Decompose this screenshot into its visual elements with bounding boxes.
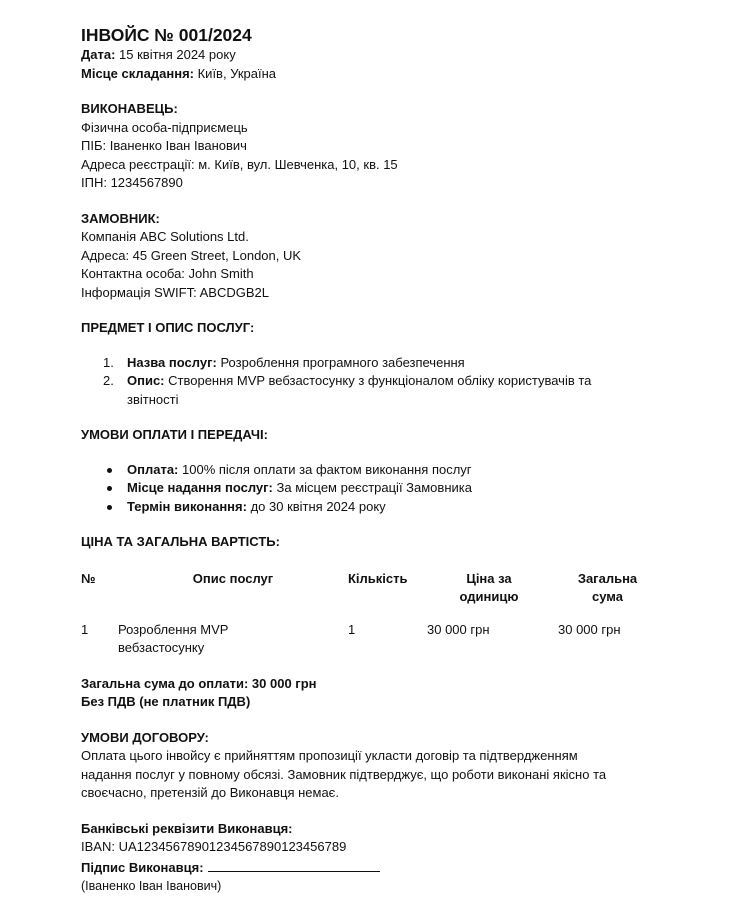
item-text: Створення MVP вебзастосунку з функціонал… (165, 373, 592, 388)
invoice-document: ІНВОЙС № 001/2024 Дата: 15 квітня 2024 р… (81, 24, 681, 896)
item-text-continued: звітності (127, 392, 178, 407)
bullet-icon (107, 486, 112, 491)
signature-row: Підпис Виконавця: (81, 857, 681, 878)
header-quantity: Кількість (348, 570, 426, 607)
item-text: 100% після оплати за фактом виконання по… (178, 462, 471, 477)
subject-list: 1. Назва послуг: Розроблення програмного… (103, 354, 681, 410)
iban: IBAN: UA12345678901234567890123456789 (81, 838, 681, 857)
price-heading: ЦІНА ТА ЗАГАЛЬНА ВАРТІСТЬ: (81, 533, 681, 552)
customer-heading: ЗАМОВНИК: (81, 210, 681, 229)
table-header-row: № Опис послуг Кількість Ціна за одиницю … (81, 570, 663, 607)
contractor-type: Фізична особа-підприємець (81, 119, 681, 138)
item-label: Місце надання послуг: (127, 480, 273, 495)
header-total-line2: сума (592, 589, 623, 604)
customer-swift: Інформація SWIFT: ABCDGB2L (81, 284, 681, 303)
invoice-place: Місце складання: Київ, Україна (81, 65, 681, 84)
signature-line (208, 857, 380, 872)
payment-terms-heading: УМОВИ ОПЛАТИ І ПЕРЕДАЧІ: (81, 426, 681, 445)
list-item: 1. Назва послуг: Розроблення програмного… (103, 354, 681, 373)
item-text: Розроблення програмного забезпечення (217, 355, 465, 370)
invoice-title: ІНВОЙС № 001/2024 (81, 24, 681, 46)
header-no: № (81, 570, 118, 607)
table-row: 1 Розроблення MVP вебзастосунку 1 30 000… (81, 607, 663, 658)
cell-description-line1: Розроблення MVP (118, 622, 228, 637)
cell-description-line2: вебзастосунку (118, 640, 204, 655)
place-label: Місце складання: (81, 66, 194, 81)
contractor-name: ПІБ: Іваненко Іван Іванович (81, 137, 681, 156)
services-table: № Опис послуг Кількість Ціна за одиницю … (81, 570, 663, 658)
bullet-icon (107, 468, 112, 473)
customer-address: Адреса: 45 Green Street, London, UK (81, 247, 681, 266)
bank-heading: Банківські реквізити Виконавця: (81, 820, 681, 839)
item-label: Термін виконання: (127, 499, 247, 514)
date-label: Дата: (81, 47, 115, 62)
contractor-address: Адреса реєстрації: м. Київ, вул. Шевченк… (81, 156, 681, 175)
contract-terms-line: Оплата цього інвойсу є прийняттям пропоз… (81, 747, 681, 766)
list-number: 2. (103, 372, 123, 391)
cell-description: Розроблення MVP вебзастосунку (118, 607, 348, 658)
contract-terms-line: своєчасно, претензій до Виконавця немає. (81, 784, 681, 803)
list-item: Оплата: 100% після оплати за фактом вико… (103, 461, 681, 480)
contractor-heading: ВИКОНАВЕЦЬ: (81, 100, 681, 119)
contractor-tax-id: ІПН: 1234567890 (81, 174, 681, 193)
cell-unit-price: 30 000 грн (426, 607, 552, 658)
total-due: Загальна сума до оплати: 30 000 грн (81, 675, 681, 694)
list-number: 1. (103, 354, 123, 373)
header-unit-price: Ціна за одиницю (426, 570, 552, 607)
signature-name: (Іваненко Іван Іванович) (81, 877, 681, 896)
bullet-icon (107, 505, 112, 510)
item-label: Опис: (127, 373, 165, 388)
header-total-line1: Загальна (578, 571, 637, 586)
contract-terms-heading: УМОВИ ДОГОВОРУ: (81, 729, 681, 748)
header-total: Загальна сума (552, 570, 663, 607)
list-item: Місце надання послуг: За місцем реєстрац… (103, 479, 681, 498)
header-unit-price-line2: одиницю (460, 589, 519, 604)
payment-terms-list: Оплата: 100% після оплати за фактом вико… (103, 461, 681, 517)
item-text: до 30 квітня 2024 року (247, 499, 386, 514)
place-value: Київ, Україна (194, 66, 276, 81)
signature-label: Підпис Виконавця: (81, 860, 204, 875)
invoice-date: Дата: 15 квітня 2024 року (81, 46, 681, 65)
date-value: 15 квітня 2024 року (115, 47, 235, 62)
header-unit-price-line1: Ціна за (466, 571, 511, 586)
list-item: 2. Опис: Створення MVP вебзастосунку з ф… (103, 372, 681, 409)
contract-terms-line: надання послуг у повному обсязі. Замовни… (81, 766, 681, 785)
vat-note: Без ПДВ (не платник ПДВ) (81, 693, 681, 712)
subject-heading: ПРЕДМЕТ І ОПИС ПОСЛУГ: (81, 319, 681, 338)
header-description: Опис послуг (118, 570, 348, 607)
customer-contact: Контактна особа: John Smith (81, 265, 681, 284)
item-label: Назва послуг: (127, 355, 217, 370)
item-text: За місцем реєстрації Замовника (273, 480, 472, 495)
cell-quantity: 1 (348, 607, 426, 658)
cell-no: 1 (81, 607, 118, 658)
cell-total: 30 000 грн (552, 607, 663, 658)
customer-company: Компанія ABC Solutions Ltd. (81, 228, 681, 247)
list-item: Термін виконання: до 30 квітня 2024 року (103, 498, 681, 517)
item-label: Оплата: (127, 462, 178, 477)
